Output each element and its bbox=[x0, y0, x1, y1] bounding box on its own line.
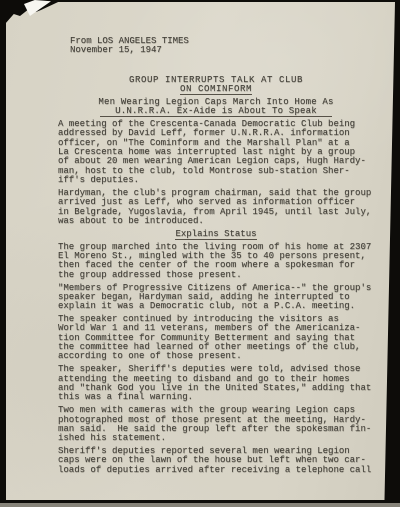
paragraph: "Members of Progressive Citizens of Amer… bbox=[58, 284, 374, 312]
subheadline-line-2: U.N.R.R.A. Ex-Aide is About To Speak bbox=[100, 106, 332, 117]
paragraph: A meeting of the Crescenta-Canada Democr… bbox=[58, 120, 374, 185]
paper: From LOS ANGELES TIMES November 15, 1947… bbox=[6, 2, 395, 500]
scanned-clipping-photo: From LOS ANGELES TIMES November 15, 1947… bbox=[0, 0, 400, 507]
paragraph: Hardyman, the club's program chairman, s… bbox=[58, 189, 374, 226]
section-heading: Explains Status bbox=[58, 230, 374, 239]
paragraph: The group marched into the living room o… bbox=[58, 243, 374, 280]
photo-bottom-edge bbox=[0, 503, 400, 507]
paragraph: Two men with cameras with the group wear… bbox=[58, 406, 374, 443]
section-heading-text: Explains Status bbox=[175, 229, 256, 240]
paragraph: The speaker continued by introducing the… bbox=[58, 315, 374, 362]
article-headline: GROUP INTERRUPTS TALK AT CLUB ON COMINFO… bbox=[58, 76, 374, 95]
article-subheadline: Men Wearing Legion Caps March Into Home … bbox=[58, 98, 374, 117]
source-attribution: From LOS ANGELES TIMES November 15, 1947 bbox=[70, 37, 374, 56]
paragraph: Sheriff's deputies reported several men … bbox=[58, 447, 374, 475]
paragraph: The speaker, Sheriff's deputies were tol… bbox=[58, 365, 374, 402]
headline-line-2: ON COMINFORM bbox=[180, 84, 252, 95]
article: From LOS ANGELES TIMES November 15, 1947… bbox=[58, 37, 374, 479]
